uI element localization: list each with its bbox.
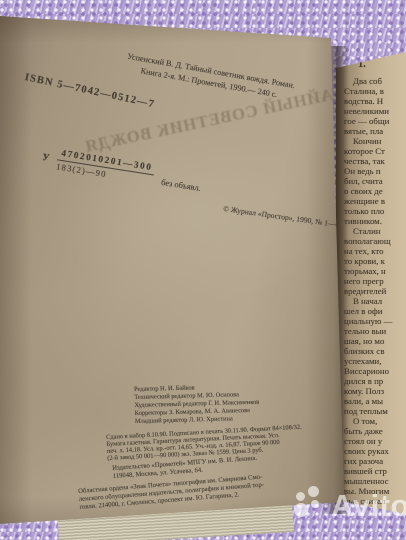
avito-logo-text: Avito [331, 488, 406, 524]
text-line: тюрьмах, н [344, 266, 406, 276]
text-line: вредителей [344, 286, 406, 296]
text-line: Сталин [344, 226, 406, 236]
text-line: только пло [344, 206, 406, 216]
catalog-index-prefix: У [41, 152, 50, 164]
text-line: шая, но мо [344, 336, 406, 346]
text-line: успехами, [344, 356, 406, 366]
text-line: Он ведь п [344, 166, 406, 176]
text-line: вополагающ [344, 236, 406, 246]
text-line: О том, [344, 416, 406, 426]
text-line: близких св [344, 346, 406, 356]
faint-pencil-mark [276, 1, 329, 36]
text-line: вали, а мы [344, 396, 406, 406]
text-line: быть даже [344, 426, 406, 436]
catalog-index: У 4702010201—300 183(2)—90 без объявл. [40, 146, 203, 194]
text-line: стоял он у [344, 436, 406, 446]
catalog-index-suffix: без объявл. [160, 178, 201, 194]
text-line: Два соб [344, 76, 406, 86]
text-line: бил, счита [344, 176, 406, 186]
text-line: Виссарионо [344, 366, 406, 376]
isbn-number: ISBN 5—7042—0512—7 [24, 72, 156, 110]
editorial-credits: Редактор Н. И. БайковТехнический редакто… [134, 383, 260, 426]
text-line: вившей стр [344, 466, 406, 476]
avito-watermark: Avito [294, 485, 406, 523]
text-line: кому. Полз [344, 386, 406, 396]
text-line: гих разоча [344, 456, 406, 466]
text-line: на тех, кто [344, 246, 406, 256]
text-line: под теплым [344, 406, 406, 416]
text-line: то крови, к [344, 256, 406, 266]
text-line: вятые, пла [344, 126, 406, 136]
catalog-index-fraction: 4702010201—300 183(2)—90 [56, 148, 157, 186]
text-line: шел в офи [344, 306, 406, 316]
production-details: Сдано в набор 8.10.90. Подписано в печат… [106, 424, 303, 462]
text-line: гое — общи [344, 116, 406, 126]
right-page-lines: Два собСталина, вводства. Нневеликимигое… [344, 76, 406, 506]
text-line: В начал [344, 296, 406, 306]
chapter-number: 1. [358, 60, 406, 70]
avito-logo-icon [294, 485, 328, 523]
text-line: чества, так [344, 156, 406, 166]
text-line: водства. Н [344, 96, 406, 106]
text-line: Сталина, в [344, 86, 406, 96]
right-page-text-column: 1. Два собСталина, вводства. Нневеликими… [344, 60, 406, 506]
text-line: тивником. [344, 216, 406, 226]
text-line: тельно выи [344, 326, 406, 336]
text-line: циальную — [344, 316, 406, 326]
text-line: Кончин [344, 136, 406, 146]
imprint-page: Успенский В. Д. Тайный советник вождя. Р… [0, 0, 352, 540]
text-line: которое Ст [344, 146, 406, 156]
text-line: дился в пр [344, 376, 406, 386]
printing-house-details: Областная ордена «Знак Почета» типографи… [78, 473, 265, 511]
copyright-line: © Журнал «Простор», 1990, № 1—6 [223, 204, 340, 229]
text-line: своих руках [344, 446, 406, 456]
book-photo: 1. Два собСталина, вводства. Нневеликими… [0, 0, 406, 540]
text-line: него прегр [344, 276, 406, 286]
text-line: о своих де [344, 186, 406, 196]
text-line: женщине в [344, 196, 406, 206]
text-line: невеликими [344, 106, 406, 116]
